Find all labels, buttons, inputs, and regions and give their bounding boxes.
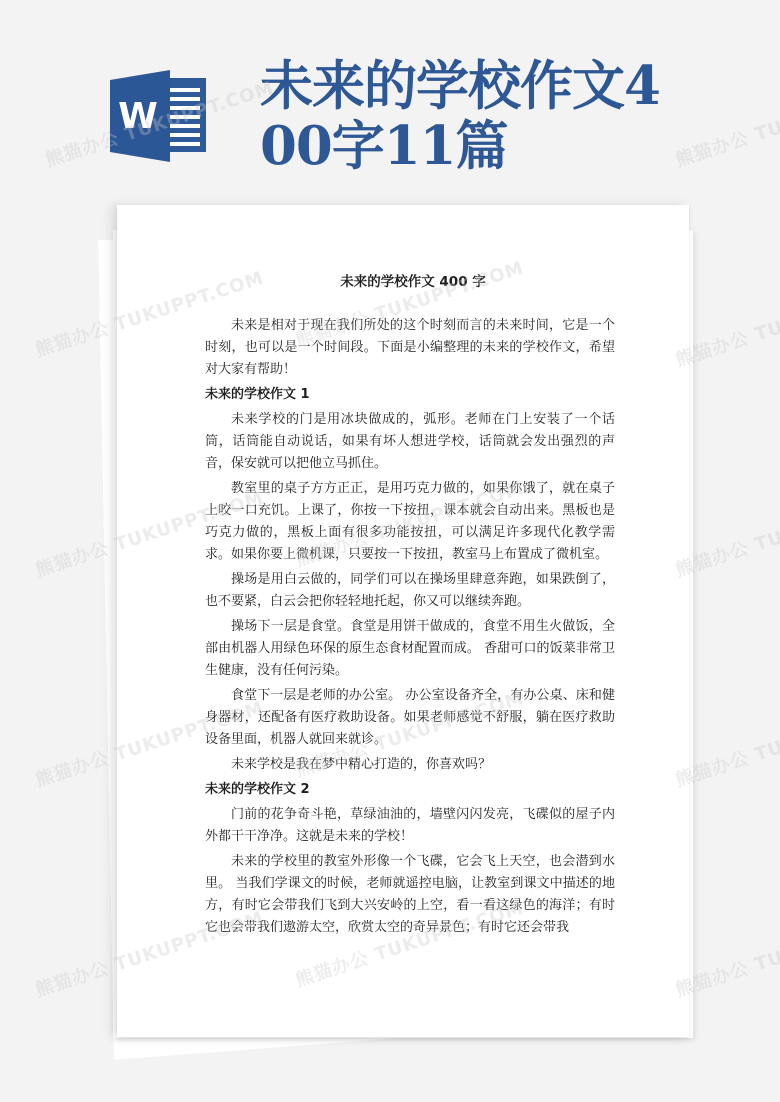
paragraph: 食堂下一层是老师的办公室。 办公室设备齐全，有办公桌、床和健身器材，还配备有医疗… — [205, 685, 615, 751]
paragraph: 未来学校的门是用冰块做成的，弧形。老师在门上安装了一个话筒，话筒能自动说话，如果… — [205, 409, 615, 475]
document-title: 未来的学校作文 400 字 — [205, 271, 615, 293]
paragraph: 操场是用白云做的，同学们可以在操场里肆意奔跑，如果跌倒了，也不要紧，白云会把你轻… — [205, 569, 615, 613]
intro-paragraph: 未来是相对于现在我们所处的这个时刻而言的未来时间，它是一个时刻，也可以是一个时间… — [205, 315, 615, 381]
paragraph: 门前的花争奇斗艳，草绿油油的，墙壁闪闪发亮，飞碟似的屋子内外都干干净净。这就是未… — [205, 804, 615, 848]
section-heading: 未来的学校作文 1 — [205, 384, 615, 406]
paragraph: 操场下一层是食堂。食堂是用饼干做成的，食堂不用生火做饭，全部由机器人用绿色环保的… — [205, 616, 615, 682]
document-preview: 未来的学校作文 400 字 未来是相对于现在我们所处的这个时刻而言的未来时间，它… — [0, 0, 780, 1102]
document-body: 未来的学校作文 400 字 未来是相对于现在我们所处的这个时刻而言的未来时间，它… — [205, 271, 615, 942]
section-heading: 未来的学校作文 2 — [205, 779, 615, 801]
paragraph: 未来的学校里的教室外形像一个飞碟，它会飞上天空，也会潜到水里。 当我们学课文的时… — [205, 851, 615, 939]
paragraph: 教室里的桌子方方正正，是用巧克力做的，如果你饿了，就在桌子上咬一口充饥。上课了，… — [205, 478, 615, 566]
paragraph: 未来学校是我在梦中精心打造的，你喜欢吗？ — [205, 754, 615, 776]
document-page: 未来的学校作文 400 字 未来是相对于现在我们所处的这个时刻而言的未来时间，它… — [117, 205, 689, 1037]
